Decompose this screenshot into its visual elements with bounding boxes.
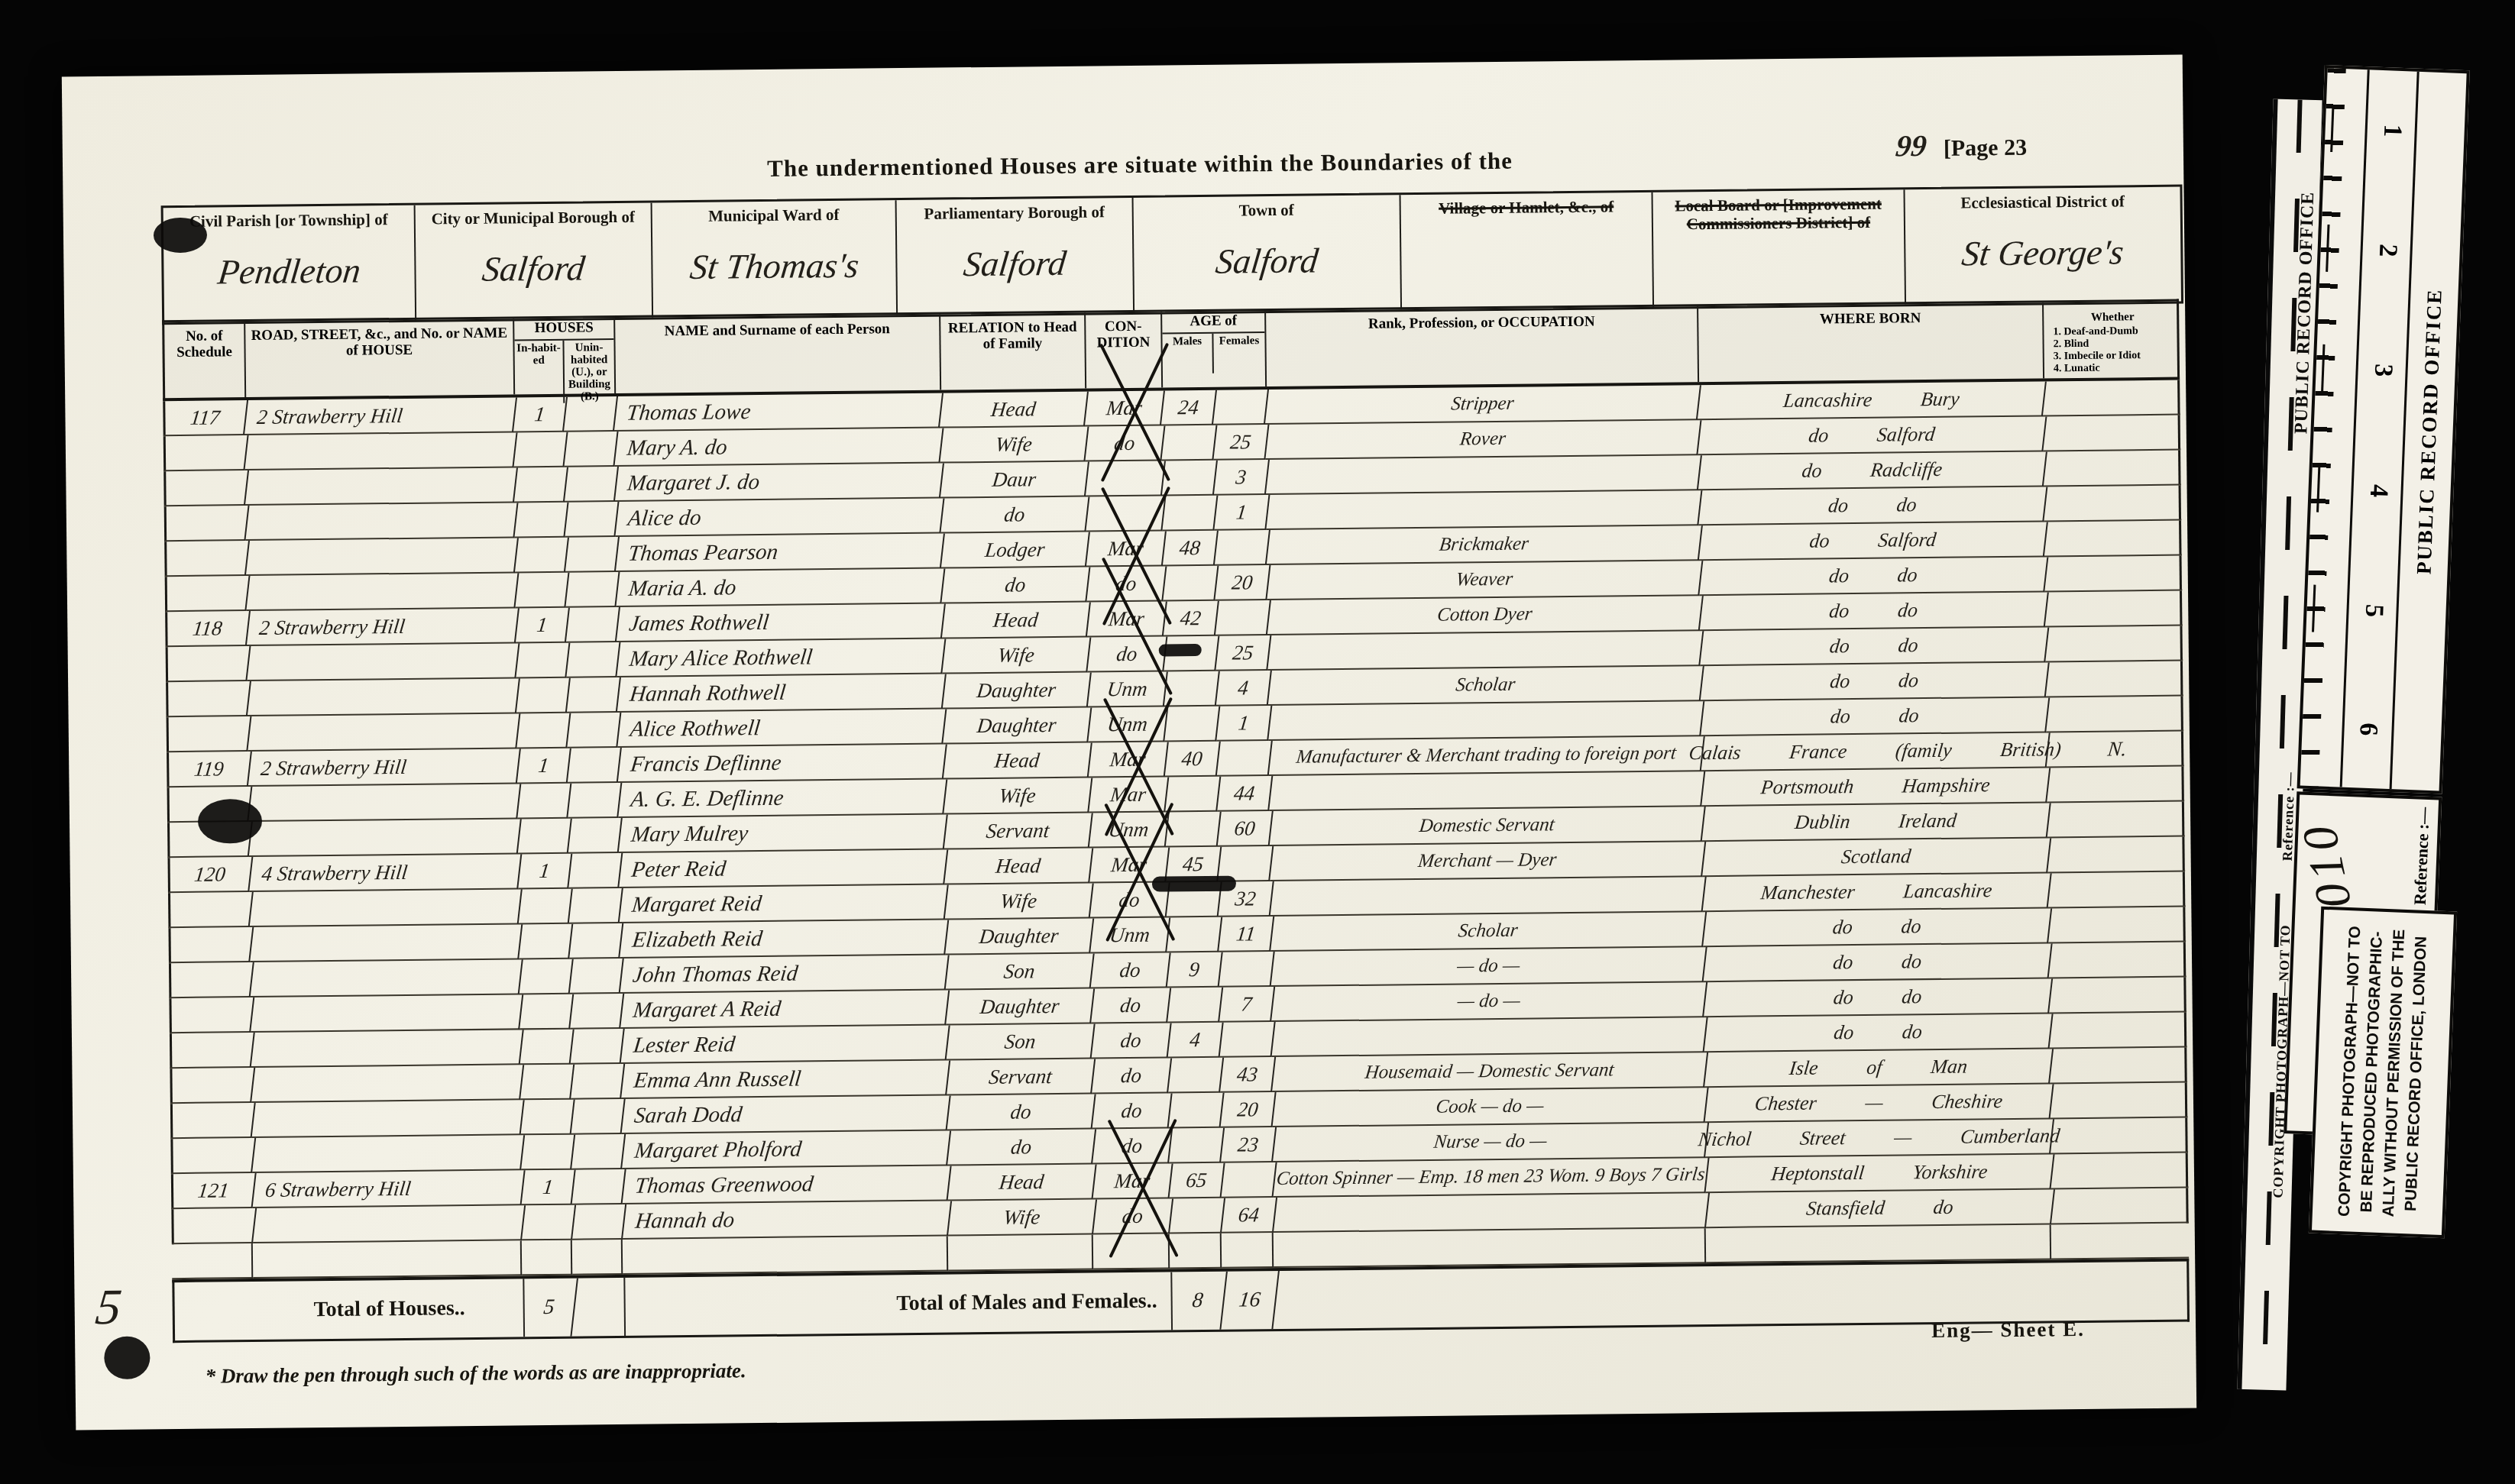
census-table: No. of Schedule ROAD, STREET, &c., and N… xyxy=(162,299,2190,1343)
disability-note xyxy=(2047,836,2189,873)
margin-tally: 5 xyxy=(92,1279,125,1337)
disability-note xyxy=(2051,1153,2192,1189)
occupation: Manufacturer & Merchant trading to forei… xyxy=(1269,736,1705,776)
houses-inhabited xyxy=(520,1030,575,1065)
road-name xyxy=(251,959,523,997)
age-male xyxy=(1162,461,1218,496)
age-female: 11 xyxy=(1219,917,1274,952)
occupation: Scholar xyxy=(1270,912,1707,952)
district-field: Local Board or [Improvement Commissioner… xyxy=(1652,189,1906,306)
relation: Servant xyxy=(944,813,1093,849)
road-name xyxy=(248,713,520,752)
road-name xyxy=(250,924,523,962)
occupation xyxy=(1268,701,1704,741)
houses-uninhabited xyxy=(565,467,619,503)
district-field-value: St Thomas's xyxy=(652,244,896,287)
houses-inhabited xyxy=(515,573,569,609)
road-name xyxy=(244,432,517,470)
district-field-value: Salford xyxy=(897,242,1133,285)
col-relation: RELATION to Head of Family xyxy=(940,313,1086,390)
where-born: Portsmouth Hampshire xyxy=(1701,768,2051,807)
district-field: Parliamentary Borough ofSalford xyxy=(897,198,1135,315)
where-born: do Salford xyxy=(1699,522,2048,561)
schedule-number: 119 xyxy=(167,752,252,787)
road-name xyxy=(251,994,523,1033)
houses-uninhabited xyxy=(566,642,620,678)
occupation: Cotton Dyer xyxy=(1267,596,1704,635)
age-male: 48 xyxy=(1163,531,1219,567)
occupation: Domestic Servant xyxy=(1270,807,1706,846)
person-name: Francis Deflinne xyxy=(618,744,947,783)
relation: Servant xyxy=(947,1059,1096,1095)
district-field-label: Parliamentary Borough of xyxy=(897,202,1132,223)
occupation xyxy=(1269,771,1705,811)
schedule-number xyxy=(170,1068,255,1104)
schedule-number xyxy=(163,435,248,471)
person-name: Thomas Pearson xyxy=(616,534,945,573)
district-field: Town ofSalford xyxy=(1134,195,1403,312)
person-name: Sarah Dodd xyxy=(622,1095,951,1134)
disability-note xyxy=(2044,451,2185,487)
age-female: 43 xyxy=(1220,1057,1276,1093)
schedule-number xyxy=(171,1103,256,1139)
age-male xyxy=(1167,917,1222,953)
disability-note xyxy=(2044,521,2186,558)
relation: Wife xyxy=(944,778,1092,815)
schedule-number xyxy=(170,997,254,1033)
where-born: do do xyxy=(1704,978,2053,1017)
relation: Daur xyxy=(940,462,1089,499)
houses-inhabited xyxy=(516,713,571,749)
col-occupation: Rank, Profession, or OCCUPATION xyxy=(1266,306,1699,386)
col-road: ROAD, STREET, &c., and No. or NAME of HO… xyxy=(245,318,515,397)
houses-uninhabited xyxy=(568,783,622,819)
reference-label: Reference :— xyxy=(2410,807,2434,905)
houses-inhabited xyxy=(519,889,573,925)
houses-inhabited xyxy=(520,1065,575,1101)
disability-note xyxy=(2043,380,2184,417)
condition: do xyxy=(1091,952,1171,988)
road-name xyxy=(248,784,521,822)
district-field-value: Salford xyxy=(1134,239,1400,283)
page-title: The undermentioned Houses are situate wi… xyxy=(643,146,1636,184)
reference-card-ruler: 123456 PUBLIC RECORD OFFICE xyxy=(2297,65,2470,794)
person-name: Mary Alice Rothwell xyxy=(617,639,946,678)
district-field-value: Salford xyxy=(416,247,652,290)
houses-uninhabited xyxy=(569,923,623,959)
road-name: 4 Strawberry Hill xyxy=(249,854,522,892)
houses-inhabited xyxy=(516,643,570,679)
age-female: 44 xyxy=(1217,776,1273,812)
person-name: Lester Reid xyxy=(621,1025,950,1064)
relation: Wife xyxy=(945,883,1094,920)
occupation: Nurse — do — xyxy=(1273,1123,1709,1162)
age-female xyxy=(1217,741,1273,777)
houses-inhabited xyxy=(517,784,571,820)
occupation: Cook — do — xyxy=(1272,1088,1708,1127)
district-field: City or Municipal Borough ofSalford xyxy=(416,203,654,320)
age-female: 1 xyxy=(1216,706,1272,742)
age-male xyxy=(1161,425,1217,461)
houses-inhabited xyxy=(515,538,569,574)
houses-uninhabited xyxy=(571,1134,626,1170)
relation: Daughter xyxy=(945,918,1094,955)
condition: do xyxy=(1091,988,1171,1023)
age-female: 25 xyxy=(1215,635,1271,671)
road-name xyxy=(245,503,518,541)
occupation: — do — xyxy=(1271,947,1707,987)
age-male xyxy=(1169,1128,1225,1164)
road-name xyxy=(252,1135,525,1173)
age-male: 4 xyxy=(1168,1023,1224,1059)
houses-inhabited: 1 xyxy=(513,397,568,433)
houses-uninhabited xyxy=(571,1169,626,1205)
person-name: Alice do xyxy=(615,499,944,538)
where-born: Lancashire Bury xyxy=(1698,381,2047,420)
disability-note xyxy=(2048,871,2190,908)
age-female xyxy=(1221,1162,1277,1198)
houses-inhabited xyxy=(521,1135,575,1171)
road-name xyxy=(249,819,522,857)
houses-uninhabited xyxy=(564,432,618,467)
disability-note xyxy=(2046,696,2187,732)
where-born: Stansfield do xyxy=(1706,1189,2055,1228)
where-born: do do xyxy=(1703,908,2052,947)
houses-uninhabited xyxy=(567,713,621,748)
houses-inhabited xyxy=(521,1100,575,1136)
district-field-value xyxy=(1401,237,1652,280)
road-name xyxy=(247,643,520,681)
total-males-females-label: Total of Males and Females.. xyxy=(625,1272,1173,1335)
schedule-number xyxy=(165,576,250,612)
person-name: Margaret Reid xyxy=(620,884,949,923)
col-born: WHERE BORN xyxy=(1698,302,2044,382)
houses-uninhabited xyxy=(568,818,623,854)
district-field-label: Municipal Ward of xyxy=(652,205,895,225)
age-female: 20 xyxy=(1215,565,1270,601)
disability-note xyxy=(2049,1012,2190,1049)
where-born: Calais France (family British) xyxy=(1701,732,2051,771)
disability-note xyxy=(2049,977,2190,1014)
age-male xyxy=(1167,988,1223,1023)
relation: do xyxy=(941,567,1090,604)
col-houses: HOUSES In-habit-ed Unin-habited (U.), or… xyxy=(514,318,616,394)
district-field-label: Ecclesiastical District of xyxy=(1905,192,2180,213)
person-name: Thomas Lowe xyxy=(614,393,944,432)
district-field-label: Village or Hamlet, &c., of xyxy=(1401,197,1652,218)
relation: do xyxy=(940,497,1089,534)
houses-inhabited xyxy=(518,819,572,855)
houses-inhabited xyxy=(519,924,573,960)
occupation: Brickmaker xyxy=(1267,525,1703,565)
person-name: Margaret A Reid xyxy=(620,990,950,1029)
disability-note xyxy=(2050,1082,2191,1119)
person-name: Emma Ann Russell xyxy=(621,1060,950,1099)
occupation: Cotton Spinner — Emp. 18 men 23 Wom. 9 B… xyxy=(1273,1158,1709,1198)
col-age: AGE of Males Females xyxy=(1162,311,1267,387)
person-name: Mary A. do xyxy=(614,428,944,467)
occupation xyxy=(1266,455,1702,495)
road-name xyxy=(246,573,519,611)
scanned-census-page: The undermentioned Houses are situate wi… xyxy=(0,0,2515,1484)
road-name xyxy=(251,1065,524,1103)
occupation xyxy=(1270,877,1707,917)
road-name xyxy=(245,467,518,506)
where-born: do do xyxy=(1704,1014,2053,1052)
houses-uninhabited xyxy=(566,607,620,643)
total-houses-label: Total of Houses.. xyxy=(255,1279,525,1340)
age-male: 65 xyxy=(1169,1163,1225,1199)
schedule-number xyxy=(166,646,251,682)
age-female: 64 xyxy=(1222,1198,1277,1233)
disability-note xyxy=(2047,766,2188,803)
occupation: Merchant — Dyer xyxy=(1270,842,1706,881)
district-field-label: Town of xyxy=(1134,199,1400,221)
schedule-number: 120 xyxy=(168,857,253,893)
relation: do xyxy=(947,1129,1096,1166)
col-uninhabited: Unin-habited (U.), or Building (B.) xyxy=(564,340,614,403)
houses-uninhabited xyxy=(569,888,623,924)
houses-inhabited: 1 xyxy=(521,1170,575,1206)
schedule-number xyxy=(171,1138,256,1174)
folio-number: 99 xyxy=(1894,128,1928,163)
houses-uninhabited xyxy=(571,1029,625,1065)
disability-note xyxy=(2044,486,2185,522)
total-females-value: 16 xyxy=(1221,1271,1280,1330)
person-name: James Rothwell xyxy=(617,604,946,643)
schedule-number: 117 xyxy=(163,400,248,436)
where-born: do do xyxy=(1699,557,2048,596)
disability-list: 1. Deaf-and-Dumb2. Blind3. Imbecile or I… xyxy=(2045,325,2180,376)
person-name: Thomas Greenwood xyxy=(622,1166,951,1204)
condition xyxy=(1086,461,1166,496)
houses-uninhabited xyxy=(570,994,624,1030)
houses-inhabited: 1 xyxy=(517,748,571,784)
condition: do xyxy=(1092,1023,1172,1059)
col-females: Females xyxy=(1213,333,1265,373)
age-male xyxy=(1162,496,1218,532)
where-born: Chester — Cheshire xyxy=(1704,1084,2054,1123)
disability-note xyxy=(2047,801,2189,838)
road-name xyxy=(246,538,519,576)
age-male xyxy=(1168,1058,1224,1094)
schedule-number xyxy=(167,716,251,752)
houses-inhabited xyxy=(516,678,571,714)
person-name: Alice Rothwell xyxy=(617,709,947,748)
houses-inhabited xyxy=(520,994,574,1030)
relation: Son xyxy=(946,953,1095,990)
person-name: Margaret Pholford xyxy=(622,1130,951,1169)
age-female: 60 xyxy=(1218,811,1274,847)
houses-inhabited xyxy=(520,959,574,995)
houses-uninhabited xyxy=(568,748,622,784)
footnote: * Draw the pen through such of the words… xyxy=(205,1359,746,1388)
road-name xyxy=(250,889,523,927)
houses-uninhabited xyxy=(570,959,624,994)
age-male xyxy=(1166,812,1222,848)
copyright-stamp: COPYRIGHT PHOTOGRAPH—NOT TOBE REPRODUCED… xyxy=(2309,907,2457,1239)
where-born: do do xyxy=(1701,662,2050,701)
relation: Daughter xyxy=(943,673,1092,710)
person-name: Maria A. do xyxy=(616,569,945,608)
houses-uninhabited xyxy=(565,502,619,538)
relation: do xyxy=(947,1094,1096,1130)
age-male xyxy=(1164,671,1220,707)
road-name xyxy=(251,1030,524,1068)
relation: Head xyxy=(942,603,1091,639)
district-field-value xyxy=(1653,234,1905,276)
occupation: — do — xyxy=(1271,982,1707,1022)
relation: Son xyxy=(947,1023,1096,1060)
sheet-label: Eng— Sheet E. xyxy=(1931,1317,2085,1343)
relation: Daughter xyxy=(943,708,1092,745)
where-born: do Salford xyxy=(1698,416,2047,455)
relation: Wife xyxy=(948,1199,1097,1236)
houses-uninhabited xyxy=(568,853,623,889)
district-field-value: Pendleton xyxy=(163,250,415,293)
houses-uninhabited xyxy=(571,1099,626,1135)
relation: Head xyxy=(944,743,1092,780)
district-field: Municipal Ward ofSt Thomas's xyxy=(652,200,898,317)
district-field-value: St George's xyxy=(1905,231,2181,275)
age-male: 9 xyxy=(1167,952,1223,988)
ink-blot xyxy=(1159,644,1202,657)
where-born: Scotland xyxy=(1702,838,2051,877)
where-born: Heptonstall Yorkshire xyxy=(1705,1154,2054,1193)
district-field: Ecclesiastical District ofSt George's xyxy=(1905,187,2181,305)
occupation: Stripper xyxy=(1265,385,1701,425)
occupation xyxy=(1272,1017,1708,1057)
ink-blot xyxy=(104,1336,151,1379)
age-male xyxy=(1164,706,1220,742)
relation: Head xyxy=(947,1164,1096,1201)
age-male: 42 xyxy=(1164,601,1219,637)
col-inhabited: In-habit-ed xyxy=(514,341,565,404)
disability-note xyxy=(2051,1188,2193,1224)
schedule-number xyxy=(169,927,254,963)
disability-note xyxy=(2045,626,2186,662)
occupation xyxy=(1267,631,1704,671)
schedule-number: 121 xyxy=(172,1173,257,1209)
schedule-number xyxy=(172,1208,257,1244)
relation: Lodger xyxy=(941,532,1090,569)
relation: Head xyxy=(944,848,1093,884)
disability-note xyxy=(2051,1117,2192,1154)
age-female xyxy=(1215,600,1271,636)
where-born: do Radcliffe xyxy=(1698,451,2047,490)
total-males-value: 8 xyxy=(1169,1272,1228,1330)
person-name: Mary Mulrey xyxy=(619,814,948,853)
disability-note xyxy=(2048,942,2190,978)
col-disability: Whether 1. Deaf-and-Dumb2. Blind3. Imbec… xyxy=(2044,302,2182,379)
where-born: do do xyxy=(1698,487,2047,525)
disability-note xyxy=(2048,907,2190,943)
occupation xyxy=(1266,490,1702,530)
houses-uninhabited xyxy=(565,572,620,608)
condition: Unm xyxy=(1090,917,1170,953)
occupation: Rover xyxy=(1265,420,1701,460)
district-field-label: City or Municipal Borough of xyxy=(416,208,651,228)
district-field: Village or Hamlet, &c., of xyxy=(1401,192,1655,309)
condition: do xyxy=(1092,1058,1172,1094)
person-name: A. G. E. Deflinne xyxy=(618,779,947,818)
age-male xyxy=(1163,566,1219,602)
relation: Head xyxy=(940,392,1089,428)
occupation xyxy=(1274,1193,1710,1233)
schedule-number xyxy=(164,470,249,506)
schedule-number xyxy=(167,681,251,717)
relation: Wife xyxy=(940,427,1089,464)
houses-inhabited xyxy=(514,467,568,503)
condition: Unm xyxy=(1088,671,1168,707)
age-male xyxy=(1165,777,1221,813)
age-male: 40 xyxy=(1165,742,1221,778)
road-name xyxy=(253,1205,526,1243)
disability-note: N. xyxy=(2047,731,2188,768)
occupation: Housemaid — Domestic Servant xyxy=(1272,1052,1708,1092)
page-number: 99 [Page 23 xyxy=(1896,125,2171,164)
age-female: 1 xyxy=(1214,495,1270,531)
disability-note xyxy=(2045,590,2186,627)
houses-uninhabited xyxy=(567,677,621,713)
district-field-label: Local Board or [Improvement Commissioner… xyxy=(1653,194,1904,233)
page-label: [Page 23 xyxy=(1944,135,2027,161)
table-body: 117 2 Strawberry Hill 1 Thomas Lowe Head… xyxy=(163,380,2188,1245)
person-name: Hannah Rothwell xyxy=(617,674,947,713)
schedule-number: 118 xyxy=(166,611,251,647)
road-name xyxy=(248,678,520,716)
age-female: 7 xyxy=(1219,987,1275,1023)
age-female: 25 xyxy=(1213,425,1269,461)
where-born: do do xyxy=(1701,697,2050,736)
age-female xyxy=(1220,1022,1276,1058)
road-name: 6 Strawberry Hill xyxy=(253,1170,526,1208)
col-name: NAME and Surname of each Person xyxy=(615,315,941,393)
houses-uninhabited xyxy=(571,1064,625,1100)
disability-note xyxy=(2050,1047,2191,1084)
col-schedule: No. of Schedule xyxy=(164,322,246,398)
road-name: 2 Strawberry Hill xyxy=(247,608,520,646)
road-name: 2 Strawberry Hill xyxy=(248,748,521,787)
schedule-number xyxy=(169,892,254,928)
where-born: do do xyxy=(1700,627,2049,666)
where-born: do do xyxy=(1700,592,2049,631)
houses-inhabited xyxy=(513,432,568,468)
age-female: 3 xyxy=(1214,460,1270,496)
occupation: Weaver xyxy=(1267,561,1703,600)
person-name: Margaret J. do xyxy=(615,464,944,503)
road-name: 2 Strawberry Hill xyxy=(244,397,517,435)
houses-inhabited xyxy=(522,1205,576,1241)
where-born: Manchester Lancashire xyxy=(1703,873,2052,912)
occupation: Scholar xyxy=(1268,666,1704,706)
age-male: 24 xyxy=(1161,390,1217,426)
col-males: Males xyxy=(1162,334,1214,374)
schedule-number xyxy=(165,541,250,577)
age-female: 23 xyxy=(1221,1127,1277,1163)
houses-inhabited: 1 xyxy=(516,608,570,644)
where-born: do do xyxy=(1704,943,2053,982)
where-born: Isle of Man xyxy=(1704,1049,2054,1088)
total-houses-value: 5 xyxy=(521,1279,578,1337)
houses-uninhabited xyxy=(564,396,618,432)
relation: Daughter xyxy=(946,988,1095,1025)
ink-blot xyxy=(1152,876,1236,892)
age-female xyxy=(1213,390,1269,425)
age-male xyxy=(1168,1093,1224,1129)
relation: Wife xyxy=(942,638,1091,674)
houses-uninhabited xyxy=(565,537,620,573)
